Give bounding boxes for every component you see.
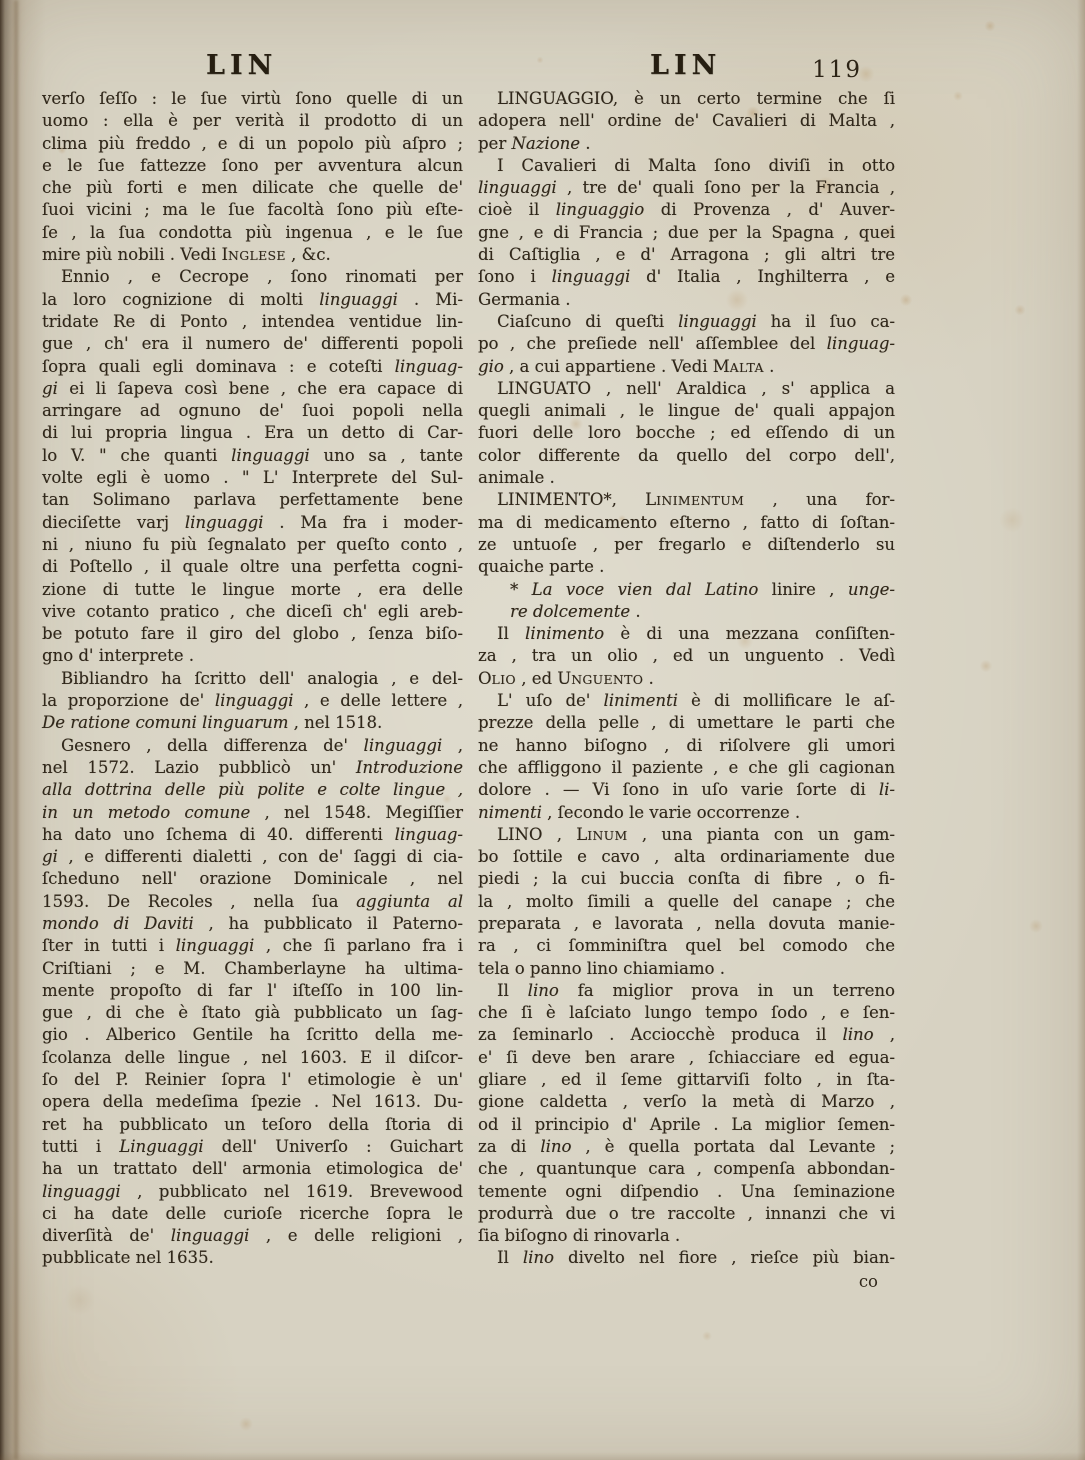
text-line: ne hanno biſogno , di riſolvere gli umor… [478, 735, 895, 757]
text-line: ha dato uno ſchema di 40. differenti lin… [42, 824, 463, 846]
text-line: ſono i linguaggi d' Italia , Inghilterra… [478, 266, 895, 288]
text-line: tridate Re di Ponto , intendea ventidue … [42, 311, 463, 333]
text-line: od il principio d' Aprile . La miglior ſ… [478, 1114, 895, 1136]
catchword: co [478, 1272, 878, 1291]
text-line: linguaggi , tre de' quali ſono per la Fr… [478, 177, 895, 199]
running-header-right: LIN [650, 50, 721, 81]
text-line: la loro cognizione di molti linguaggi . … [42, 289, 463, 311]
text-line: in un metodo comune , nel 1548. Megiſſie… [42, 802, 463, 824]
text-line: volte egli è uomo . " L' Interprete del … [42, 467, 463, 489]
text-line: di Caſtiglia , e d' Arragona ; gli altri… [478, 244, 895, 266]
text-line: alla dottrina delle più polite e colte l… [42, 779, 463, 801]
text-line: piedi ; la cui buccia conſta di fibre , … [478, 868, 895, 890]
text-line: LINGUAGGIO, è un certo termine che ſi [478, 88, 895, 110]
text-line: tela o panno lino chiamiamo . [478, 958, 895, 980]
text-line: Bibliandro ha ſcritto dell' analogia , e… [42, 668, 463, 690]
text-line: be potuto fare il giro del globo , ſenza… [42, 623, 463, 645]
text-line: ſcheduno nell' orazione Dominicale , nel [42, 868, 463, 890]
text-line: color differente da quello del corpo del… [478, 445, 895, 467]
text-line: ma di medicamento eſterno , fatto di ſoſ… [478, 512, 895, 534]
text-line: clima più freddo , e di un popolo più aſ… [42, 133, 463, 155]
text-line: che , quantunque cara , compenſa abbonda… [478, 1158, 895, 1180]
text-line: mente propoſto di far l' iſteſſo in 100 … [42, 980, 463, 1002]
text-line: temente ogni diſpendio . Una ſeminazione [478, 1181, 895, 1203]
text-line: per Nazione . [478, 133, 895, 155]
text-line: De ratione comuni linguarum , nel 1518. [42, 712, 463, 734]
text-line: produrrà due o tre raccolte , innanzi ch… [478, 1203, 895, 1225]
text-line: uomo : ella è per verità il prodotto di … [42, 110, 463, 132]
text-line: za di lino , è quella portata dal Levant… [478, 1136, 895, 1158]
text-line: 1593. De Recoles , nella ſua aggiunta al [42, 891, 463, 913]
binding-edge-shadow [0, 0, 46, 1460]
text-line: LINGUATO , nell' Araldica , s' applica a [478, 378, 895, 400]
text-line: Il lino divelto nel fiore , rieſce più b… [478, 1247, 895, 1269]
text-line: vive cotanto pratico , che diceſi ch' eg… [42, 601, 463, 623]
text-line: ze untuoſe , per fregarlo e diſtenderlo … [478, 534, 895, 556]
text-line: Il linimento è di una mezzana conſiſten- [478, 623, 895, 645]
text-line: e le ſue fattezze ſono per avventura alc… [42, 155, 463, 177]
text-line: ci ha date delle curioſe ricerche ſopra … [42, 1203, 463, 1225]
text-line: po , che preſiede nell' aſſemblee del li… [478, 333, 895, 355]
text-line: la , molto ſimili a quelle del canape ; … [478, 891, 895, 913]
text-line: gno d' interprete . [42, 645, 463, 667]
text-line: nel 1572. Lazio pubblicò un' Introduzion… [42, 757, 463, 779]
text-line: linguaggi , pubblicato nel 1619. Brevewo… [42, 1181, 463, 1203]
text-line: tutti i Linguaggi dell' Univerſo : Guich… [42, 1136, 463, 1158]
text-line: cioè il linguaggio di Provenza , d' Auve… [478, 199, 895, 221]
text-line: dieciſette varj linguaggi . Ma fra i mod… [42, 512, 463, 534]
text-line: tan Solimano parlava perfettamente bene [42, 489, 463, 511]
left-text-column: verſo ſeſſo : le ſue virtù ſono quelle d… [42, 88, 463, 1270]
text-line: ſo del P. Reinier ſopra l' etimologie è … [42, 1069, 463, 1091]
text-line: Criſtiani ; e M. Chamberlayne ha ultima- [42, 958, 463, 980]
text-line: la proporzione de' linguaggi , e delle l… [42, 690, 463, 712]
text-line: LINO , LINUM , una pianta con un gam- [478, 824, 895, 846]
text-line: ſter in tutti i linguaggi , che ſi parla… [42, 935, 463, 957]
text-line: fuori delle loro bocche ; ed eſſendo di … [478, 422, 895, 444]
text-line: gne , e di Francia ; due per la Spagna ,… [478, 222, 895, 244]
text-line: L' uſo de' linimenti è di mollificare le… [478, 690, 895, 712]
text-line: I Cavalieri di Malta ſono diviſi in otto [478, 155, 895, 177]
text-line: lo V. " che quanti linguaggi uno sa , ta… [42, 445, 463, 467]
text-line: gio . Alberico Gentile ha ſcritto della … [42, 1024, 463, 1046]
text-line: quegli animali , le lingue de' quali app… [478, 400, 895, 422]
text-line: di lui propria lingua . Era un detto di … [42, 422, 463, 444]
text-line: mondo di Daviti , ha pubblicato il Pater… [42, 913, 463, 935]
text-line: che ſi è laſciato lungo tempo ſodo , e ſ… [478, 1002, 895, 1024]
text-line: diverſità de' linguaggi , e delle religi… [42, 1225, 463, 1247]
text-line: prezze della pelle , di umettare le part… [478, 712, 895, 734]
text-line: ſuoi vicini ; ma le ſue facoltà ſono più… [42, 199, 463, 221]
text-line: gliare , ed il ſeme gittarviſi folto , i… [478, 1069, 895, 1091]
text-line: LINIMENTO*, LINIMENTUM , una for- [478, 489, 895, 511]
text-line: re dolcemente . [478, 601, 895, 623]
text-line: zione di tutte le lingue morte , era del… [42, 579, 463, 601]
text-line: quaiche parte . [478, 556, 895, 578]
text-line: ni , niuno fu più ſegnalato per queſto c… [42, 534, 463, 556]
text-line: di Poſtello , il quale oltre una perfett… [42, 556, 463, 578]
book-page-scan: LIN LIN 119 verſo ſeſſo : le ſue virtù ſ… [0, 0, 1085, 1460]
text-line: verſo ſeſſo : le ſue virtù ſono quelle d… [42, 88, 463, 110]
text-line: adopera nell' ordine de' Cavalieri di Ma… [478, 110, 895, 132]
right-text-column: LINGUAGGIO, è un certo termine che ſiado… [478, 88, 895, 1270]
text-line: gi , e differenti dialetti , con de' ſag… [42, 846, 463, 868]
text-line: opera della medeſima ſpezie . Nel 1613. … [42, 1091, 463, 1113]
text-line: nimenti , ſecondo le varie occorrenze . [478, 802, 895, 824]
text-line: ret ha pubblicato un teſoro della ſtoria… [42, 1114, 463, 1136]
right-edge-shade [1077, 0, 1085, 1460]
text-line: gio , a cui appartiene . Vedi MALTA . [478, 356, 895, 378]
text-line: Ciaſcuno di queſti linguaggi ha il ſuo c… [478, 311, 895, 333]
text-line: bo ſottile e cavo , alta ordinariamente … [478, 846, 895, 868]
running-header-left: LIN [206, 50, 277, 81]
text-line: e' ſi deve ben arare , ſchiacciare ed eg… [478, 1047, 895, 1069]
text-line: animale . [478, 467, 895, 489]
text-line: ſia biſogno di rinovarla . [478, 1225, 895, 1247]
text-line: arringare ad ognuno de' ſuoi popoli nell… [42, 400, 463, 422]
bottom-edge-shade [0, 1452, 1085, 1460]
text-line: ra , ci ſomminiſtra quel bel comodo che [478, 935, 895, 957]
text-line: Germania . [478, 289, 895, 311]
text-line: che affliggono il paziente , e che gli c… [478, 757, 895, 779]
text-line: ſopra quali egli dominava : e coteſti li… [42, 356, 463, 378]
text-line: ſe , la ſua condotta più ingenua , e le … [42, 222, 463, 244]
text-line: * La voce vien dal Latino linire , unge- [478, 579, 895, 601]
text-line: za , tra un olio , ed un unguento . Vedì [478, 645, 895, 667]
text-line: pubblicate nel 1635. [42, 1247, 463, 1269]
text-line: gione caldetta , verſo la metà di Marzo … [478, 1091, 895, 1113]
text-line: Il lino fa miglior prova in un terreno [478, 980, 895, 1002]
text-line: mire più nobili . Vedi INGLESE , &c. [42, 244, 463, 266]
text-line: ha un trattato dell' armonia etimologica… [42, 1158, 463, 1180]
text-line: Ennio , e Cecrope , ſono rinomati per [42, 266, 463, 288]
text-line: gue , ch' era il numero de' differenti p… [42, 333, 463, 355]
text-line: OLIO , ed UNGUENTO . [478, 668, 895, 690]
text-line: dolore . — Vi ſono in uſo varie ſorte di… [478, 779, 895, 801]
text-line: che più forti e men dilicate che quelle … [42, 177, 463, 199]
page-number: 119 [780, 57, 862, 83]
text-line: gi ei li ſapeva così bene , che era capa… [42, 378, 463, 400]
text-line: preparata , e lavorata , nella dovuta ma… [478, 913, 895, 935]
text-line: Gesnero , della differenza de' linguaggi… [42, 735, 463, 757]
text-line: gue , di che è ſtato già pubblicato un ſ… [42, 1002, 463, 1024]
text-line: ſcolanza delle lingue , nel 1603. E il d… [42, 1047, 463, 1069]
paper-crease-line [14, 0, 18, 1460]
text-line: za ſeminarlo . Acciocchè produca il lino… [478, 1024, 895, 1046]
